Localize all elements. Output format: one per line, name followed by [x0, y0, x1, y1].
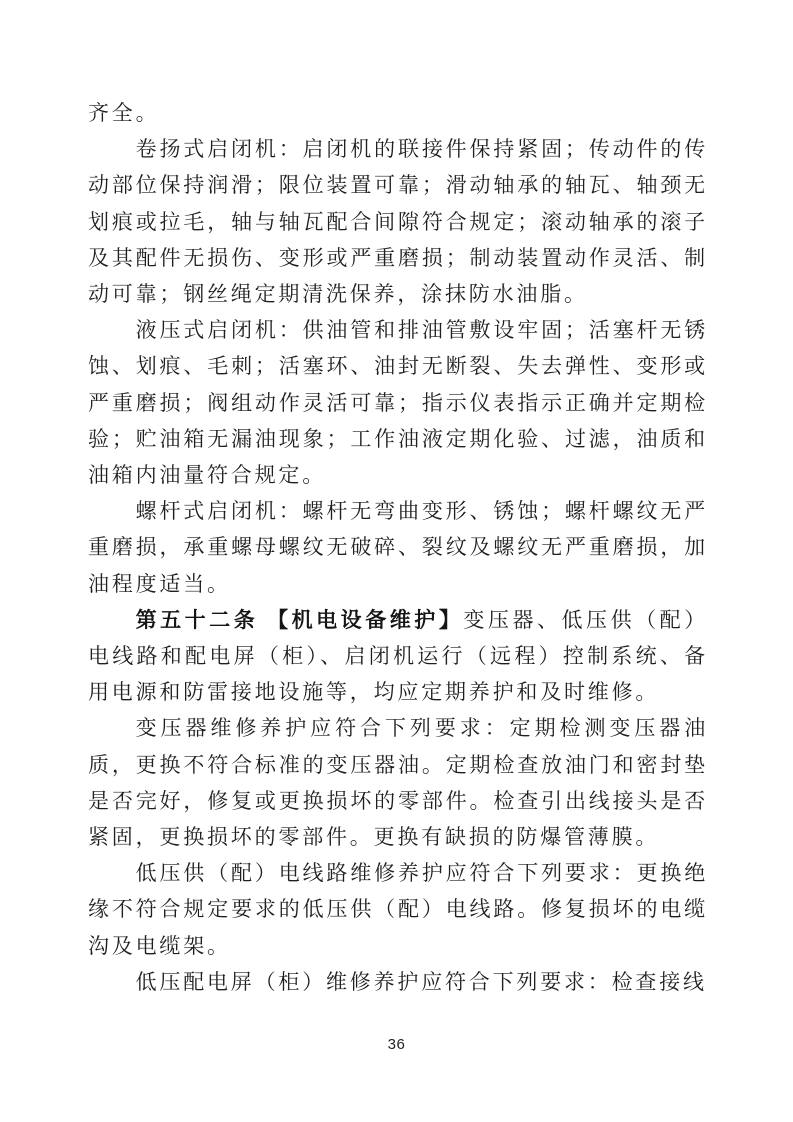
paragraph: 齐全。: [88, 95, 708, 131]
paragraph-text: 齐全。: [88, 101, 159, 125]
paragraph: 螺杆式启闭机：螺杆无弯曲变形、锈蚀；螺杆螺纹无严重磨损，承重螺母螺纹无破碎、裂纹…: [88, 493, 708, 602]
paragraph: 变压器维修养护应符合下列要求：定期检测变压器油质，更换不符合标准的变压器油。定期…: [88, 710, 708, 855]
paragraph: 低压供（配）电线路维修养护应符合下列要求：更换绝缘不符合规定要求的低压供（配）电…: [88, 855, 708, 964]
page-number: 36: [0, 1036, 793, 1053]
paragraph-text: 卷扬式启闭机：启闭机的联接件保持紧固；传动件的传动部位保持润滑；限位装置可靠；滑…: [88, 137, 708, 306]
document-body: 齐全。卷扬式启闭机：启闭机的联接件保持紧固；传动件的传动部位保持润滑；限位装置可…: [88, 95, 708, 1000]
paragraph: 液压式启闭机：供油管和排油管敷设牢固；活塞杆无锈蚀、划痕、毛刺；活塞环、油封无断…: [88, 312, 708, 493]
document-page: 齐全。卷扬式启闭机：启闭机的联接件保持紧固；传动件的传动部位保持润滑；限位装置可…: [0, 0, 793, 1122]
article-heading: 第五十二条 【机电设备维护】: [136, 608, 464, 632]
paragraph: 低压配电屏（柜）维修养护应符合下列要求：检查接线: [88, 964, 708, 1000]
paragraph: 第五十二条 【机电设备维护】变压器、低压供（配）电线路和配电屏（柜）、启闭机运行…: [88, 602, 708, 711]
paragraph-text: 低压供（配）电线路维修养护应符合下列要求：更换绝缘不符合规定要求的低压供（配）电…: [88, 861, 708, 957]
paragraph-text: 螺杆式启闭机：螺杆无弯曲变形、锈蚀；螺杆螺纹无严重磨损，承重螺母螺纹无破碎、裂纹…: [88, 499, 708, 595]
paragraph-text: 低压配电屏（柜）维修养护应符合下列要求：检查接线: [136, 970, 707, 994]
paragraph-text: 液压式启闭机：供油管和排油管敷设牢固；活塞杆无锈蚀、划痕、毛刺；活塞环、油封无断…: [88, 318, 708, 487]
paragraph-text: 变压器维修养护应符合下列要求：定期检测变压器油质，更换不符合标准的变压器油。定期…: [88, 716, 708, 849]
paragraph: 卷扬式启闭机：启闭机的联接件保持紧固；传动件的传动部位保持润滑；限位装置可靠；滑…: [88, 131, 708, 312]
